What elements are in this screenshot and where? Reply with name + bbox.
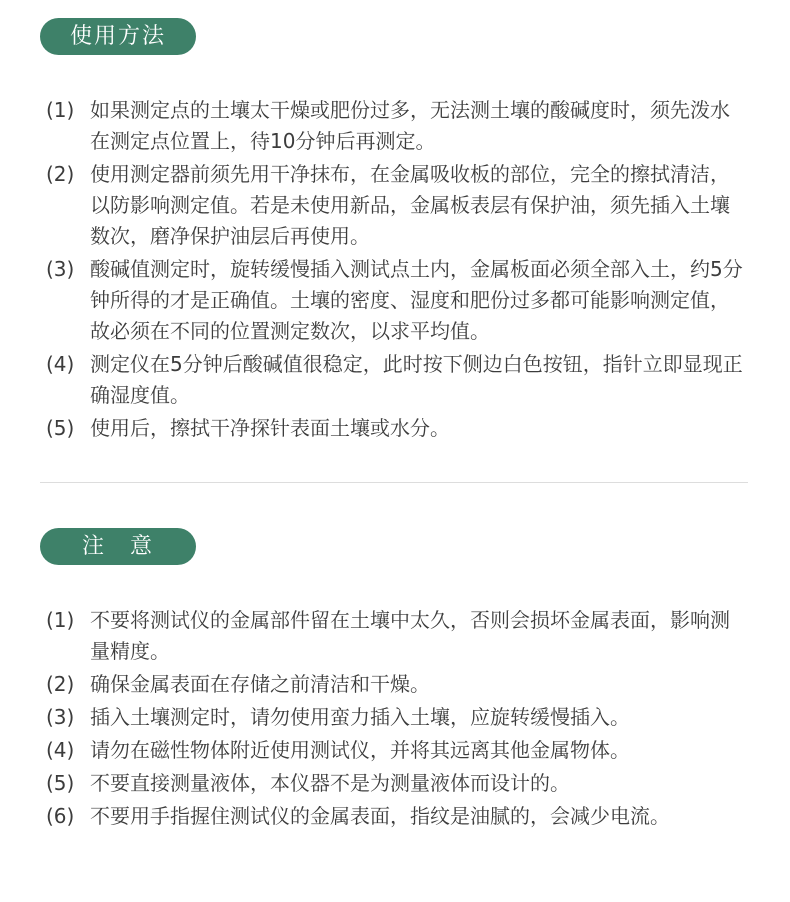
list-item: (4)测定仪在5分钟后酸碱值很稳定，此时按下侧边白色按钮，指针立即显现正确湿度值…	[40, 349, 748, 411]
item-text: 酸碱值测定时，旋转缓慢插入测试点土内，金属板面必须全部入土，约5分钟所得的才是正…	[90, 257, 743, 343]
item-text: 插入土壤测定时，请勿使用蛮力插入土壤，应旋转缓慢插入。	[90, 705, 630, 729]
section-divider	[40, 482, 748, 483]
list-item: (5)使用后，擦拭干净探针表面土壤或水分。	[40, 413, 748, 444]
item-number: (5)	[46, 768, 74, 799]
usage-section-badge: 使用方法	[40, 18, 196, 55]
notice-badge-wrap: 注 意	[40, 528, 748, 565]
usage-instructions-list: (1)如果测定点的土壤太干燥或肥份过多，无法测土壤的酸碱度时，须先泼水在测定点位…	[40, 95, 748, 444]
usage-section: 使用方法 (1)如果测定点的土壤太干燥或肥份过多，无法测土壤的酸碱度时，须先泼水…	[40, 18, 748, 444]
item-number: (1)	[46, 605, 74, 636]
list-item: (4)请勿在磁性物体附近使用测试仪，并将其远离其他金属物体。	[40, 735, 748, 766]
item-text: 不要将测试仪的金属部件留在土壤中太久，否则会损坏金属表面，影响测量精度。	[90, 608, 730, 663]
item-text: 请勿在磁性物体附近使用测试仪，并将其远离其他金属物体。	[90, 738, 630, 762]
item-number: (4)	[46, 349, 74, 380]
usage-section-badge-label: 使用方法	[70, 26, 166, 48]
item-number: (1)	[46, 95, 74, 126]
item-text: 使用测定器前须先用干净抹布，在金属吸收板的部位，完全的擦拭清洁，以防影响测定值。…	[90, 162, 730, 248]
item-text: 不要用手指握住测试仪的金属表面，指纹是油腻的，会减少电流。	[90, 804, 670, 828]
list-item: (1)不要将测试仪的金属部件留在土壤中太久，否则会损坏金属表面，影响测量精度。	[40, 605, 748, 667]
item-text: 不要直接测量液体，本仪器不是为测量液体而设计的。	[90, 771, 570, 795]
item-text: 使用后，擦拭干净探针表面土壤或水分。	[90, 416, 450, 440]
list-item: (6)不要用手指握住测试仪的金属表面，指纹是油腻的，会减少电流。	[40, 801, 748, 832]
notice-items-list: (1)不要将测试仪的金属部件留在土壤中太久，否则会损坏金属表面，影响测量精度。(…	[40, 605, 748, 832]
notice-section-badge: 注 意	[40, 528, 196, 565]
item-text: 确保金属表面在存储之前清洁和干燥。	[90, 672, 430, 696]
item-number: (6)	[46, 801, 74, 832]
list-item: (2)使用测定器前须先用干净抹布，在金属吸收板的部位，完全的擦拭清洁，以防影响测…	[40, 159, 748, 252]
notice-section: 注 意 (1)不要将测试仪的金属部件留在土壤中太久，否则会损坏金属表面，影响测量…	[40, 528, 748, 832]
notice-section-badge-label: 注 意	[82, 536, 154, 558]
item-number: (3)	[46, 702, 74, 733]
item-number: (4)	[46, 735, 74, 766]
item-number: (2)	[46, 669, 74, 700]
item-number: (2)	[46, 159, 74, 190]
list-item: (3)酸碱值测定时，旋转缓慢插入测试点土内，金属板面必须全部入土，约5分钟所得的…	[40, 254, 748, 347]
list-item: (5)不要直接测量液体，本仪器不是为测量液体而设计的。	[40, 768, 748, 799]
item-number: (5)	[46, 413, 74, 444]
list-item: (1)如果测定点的土壤太干燥或肥份过多，无法测土壤的酸碱度时，须先泼水在测定点位…	[40, 95, 748, 157]
instruction-page: 使用方法 (1)如果测定点的土壤太干燥或肥份过多，无法测土壤的酸碱度时，须先泼水…	[0, 0, 790, 902]
item-text: 如果测定点的土壤太干燥或肥份过多，无法测土壤的酸碱度时，须先泼水在测定点位置上，…	[90, 98, 730, 153]
item-number: (3)	[46, 254, 74, 285]
list-item: (2)确保金属表面在存储之前清洁和干燥。	[40, 669, 748, 700]
list-item: (3)插入土壤测定时，请勿使用蛮力插入土壤，应旋转缓慢插入。	[40, 702, 748, 733]
item-text: 测定仪在5分钟后酸碱值很稳定，此时按下侧边白色按钮，指针立即显现正确湿度值。	[90, 352, 743, 407]
